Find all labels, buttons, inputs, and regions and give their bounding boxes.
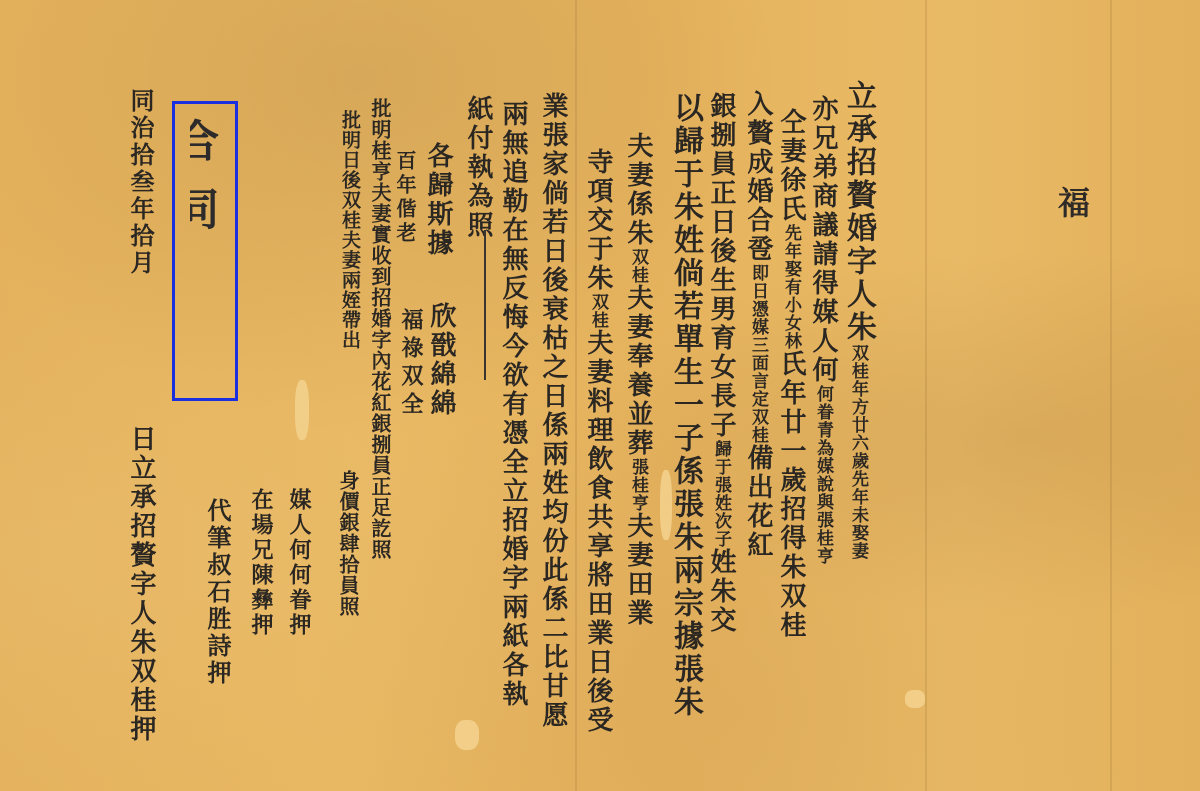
body-column-1: 立承招贅婚字人朱双桂年方廿六歲先年未娶妻 xyxy=(843,80,873,560)
signatory-scribe: 代筆叔石胜詩押 xyxy=(205,498,229,687)
fu-character: 福 xyxy=(1058,178,1090,224)
signatory-witness: 在場兄陳彝押 xyxy=(250,488,272,638)
signatory-matchmaker: 媒人何何眷押 xyxy=(288,488,310,638)
blessing-line-3-bottom: 福祿双全 xyxy=(400,308,422,420)
body-column-7: 夫妻係朱双桂夫妻奉養並葬張桂亨夫妻田業 xyxy=(625,132,651,628)
paper-damage xyxy=(905,690,925,708)
body-column-8: 寺項交于朱双桂夫妻料理飲食共享將田業日後受 xyxy=(585,148,611,735)
blessing-line-1: 各歸斯據 xyxy=(425,142,451,258)
bracket-line xyxy=(484,230,486,380)
blessing-line-3-top: 百年偕老 xyxy=(395,150,415,246)
body-column-9: 業張家倘若日後衰枯之日係兩姓均份此係二比甘愿 xyxy=(540,92,566,730)
addendum-1: 批明桂亨夫妻實收到招婚字內花紅銀捌員正足訖照 xyxy=(370,98,390,560)
paper-crease xyxy=(925,0,927,791)
body-column-2: 亦兄弟商議請得媒人何何眷青為媒說與張桂亨 xyxy=(810,95,836,565)
signer-line: 日立承招贅字人朱双桂押 xyxy=(128,425,154,744)
body-column-10: 兩無追勒在無反悔今欲有憑全立招婚字兩紙各執 xyxy=(500,100,526,709)
paper-crease xyxy=(575,0,577,791)
body-column-6: 以歸于朱姓倘若單生一子係張朱兩宗據張朱 xyxy=(670,92,700,719)
body-column-3: 仝妻徐氏先年娶有小女林氏年廿一歲招得朱双桂 xyxy=(778,108,804,640)
highlight-box-half-seal[interactable] xyxy=(172,101,238,401)
blessing-line-2: 欣戩綿綿 xyxy=(428,302,454,418)
paper-crease xyxy=(1110,0,1112,791)
body-column-11: 紙付執為照 xyxy=(465,95,491,240)
date-line: 同治拾叁年拾月 xyxy=(128,88,152,277)
paper-damage xyxy=(295,380,309,440)
body-column-4: 入贅成婚合卺即日憑媒三面言定双桂備出花紅 xyxy=(745,90,771,560)
addendum-2: 批明日後双桂夫妻兩姪帶出 xyxy=(340,110,359,350)
paper-damage xyxy=(455,720,479,750)
body-column-5: 銀捌員正日後生男育女長子歸于張姓次子姓朱交 xyxy=(708,92,734,635)
addendum-2-continued: 身價銀肆拾員照 xyxy=(338,470,358,617)
